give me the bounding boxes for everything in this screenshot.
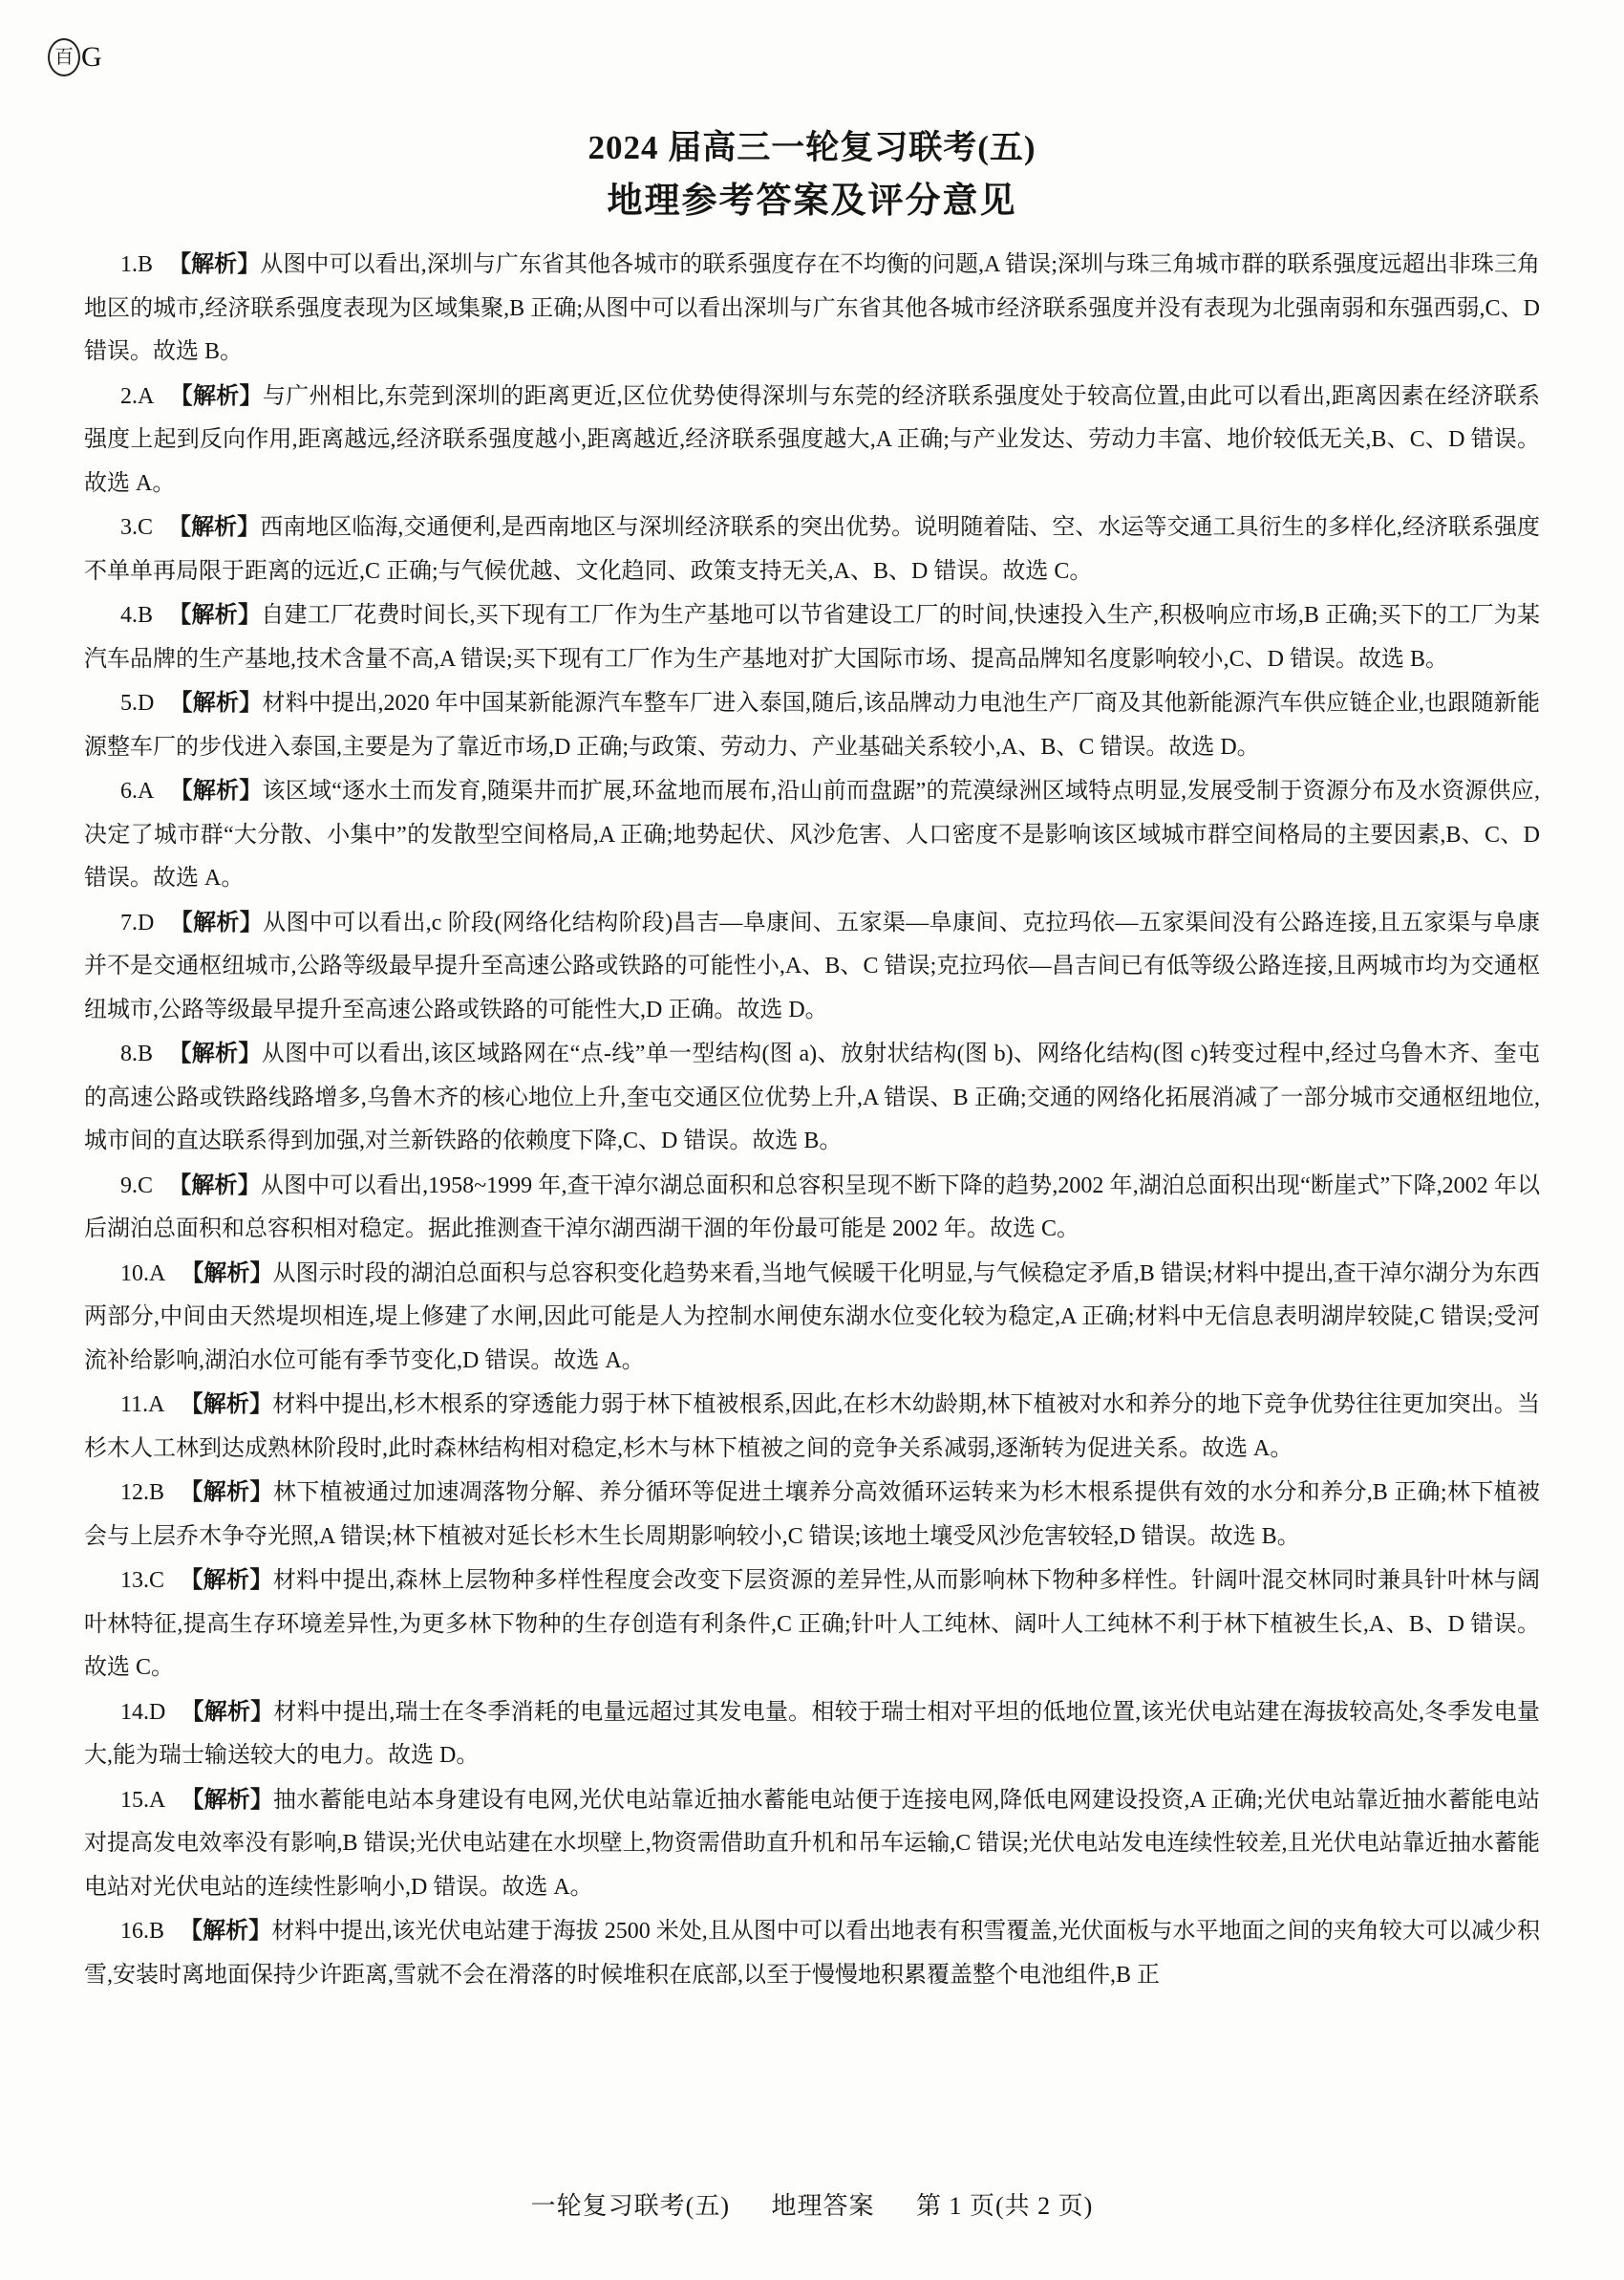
logo-circled-character: 百	[48, 38, 80, 76]
analysis-label: 【解析】	[180, 1391, 272, 1417]
analysis-label: 【解析】	[169, 778, 262, 804]
answer-item: 14.D【解析】材料中提出,瑞士在冬季消耗的电量远超过其发电量。相较于瑞士相对平…	[84, 1690, 1540, 1778]
analysis-label: 【解析】	[181, 1787, 273, 1813]
item-number-answer: 8.B	[120, 1042, 168, 1066]
item-number-answer: 15.A	[120, 1788, 181, 1813]
answer-item: 10.A【解析】从图示时段的湖泊总面积与总容积变化趋势来看,当地气候暖干化明显,…	[84, 1252, 1540, 1384]
analysis-label: 【解析】	[168, 1041, 262, 1066]
item-number-answer: 12.B	[120, 1480, 180, 1505]
item-explanation-text: 林下植被通过加速凋落物分解、养分循环等促进土壤养分高效循环运转来为杉木根系提供有…	[84, 1480, 1540, 1549]
answer-item: 3.C【解析】西南地区临海,交通便利,是西南地区与深圳经济联系的突出优势。说明随…	[84, 505, 1540, 593]
answer-item: 6.A【解析】该区域“逐水土而发育,随渠井而扩展,环盆地而展布,沿山前而盘踞”的…	[84, 769, 1540, 901]
answer-item: 12.B【解析】林下植被通过加速凋落物分解、养分循环等促进土壤养分高效循环运转来…	[84, 1471, 1540, 1559]
answer-item: 7.D【解析】从图中可以看出,c 阶段(网络化结构阶段)昌吉—阜康间、五家渠—阜…	[84, 901, 1540, 1033]
answer-sheet-title: 地理参考答案及评分意见	[84, 180, 1540, 222]
item-number-answer: 9.C	[120, 1173, 168, 1198]
item-explanation-text: 该区域“逐水土而发育,随渠井而扩展,环盆地而展布,沿山前而盘踞”的荒漠绿洲区域特…	[84, 779, 1540, 891]
item-explanation-text: 与广州相比,东莞到深圳的距离更近,区位优势使得深圳与东莞的经济联系强度处于较高位…	[84, 384, 1540, 496]
footer-subject: 地理答案	[771, 2192, 874, 2220]
answer-list: 1.B【解析】从图中可以看出,深圳与广东省其他各城市的联系强度存在不均衡的问题,…	[84, 243, 1540, 1997]
item-explanation-text: 抽水蓄能电站本身建设有电网,光伏电站靠近抽水蓄能电站便于连接电网,降低电网建设投…	[84, 1788, 1540, 1900]
analysis-label: 【解析】	[168, 514, 260, 540]
analysis-label: 【解析】	[169, 910, 263, 936]
item-explanation-text: 从图中可以看出,该区域路网在“点-线”单一型结构(图 a)、放射状结构(图 b)…	[84, 1042, 1540, 1153]
answer-item: 4.B【解析】自建工厂花费时间长,买下现有工厂作为生产基地可以节省建设工厂的时间…	[84, 593, 1540, 681]
analysis-label: 【解析】	[168, 1172, 261, 1198]
item-explanation-text: 西南地区临海,交通便利,是西南地区与深圳经济联系的突出优势。说明随着陆、空、水运…	[84, 515, 1540, 584]
publisher-logo: 百 G	[48, 38, 102, 76]
item-number-answer: 4.B	[120, 603, 168, 628]
item-explanation-text: 从图中可以看出,c 阶段(网络化结构阶段)昌吉—阜康间、五家渠—阜康间、克拉玛依…	[84, 911, 1540, 1022]
item-number-answer: 16.B	[120, 1919, 180, 1944]
analysis-label: 【解析】	[180, 1918, 271, 1944]
item-explanation-text: 材料中提出,森林上层物种多样性程度会改变下层资源的差异性,从而影响林下物种多样性…	[84, 1568, 1540, 1680]
page-footer: 一轮复习联考(五) 地理答案 第 1 页(共 2 页)	[0, 2186, 1624, 2222]
logo-letter: G	[81, 40, 102, 75]
analysis-label: 【解析】	[168, 602, 261, 628]
analysis-label: 【解析】	[180, 1567, 273, 1593]
item-number-answer: 5.D	[120, 691, 169, 716]
item-number-answer: 2.A	[120, 384, 169, 409]
analysis-label: 【解析】	[169, 690, 262, 716]
footer-exam-name: 一轮复习联考(五)	[531, 2192, 730, 2220]
item-explanation-text: 从图示时段的湖泊总面积与总容积变化趋势来看,当地气候暖干化明显,与气候稳定矛盾,…	[84, 1261, 1540, 1373]
answer-item: 9.C【解析】从图中可以看出,1958~1999 年,查干淖尔湖总面积和总容积呈…	[84, 1164, 1540, 1252]
item-explanation-text: 从图中可以看出,深圳与广东省其他各城市的联系强度存在不均衡的问题,A 错误;深圳…	[84, 252, 1540, 364]
answer-item: 5.D【解析】材料中提出,2020 年中国某新能源汽车整车厂进入泰国,随后,该品…	[84, 681, 1540, 769]
item-number-answer: 6.A	[120, 779, 169, 804]
item-number-answer: 7.D	[120, 911, 169, 936]
answer-item: 11.A【解析】材料中提出,杉木根系的穿透能力弱于林下植被根系,因此,在杉木幼龄…	[84, 1383, 1540, 1471]
analysis-label: 【解析】	[180, 1479, 273, 1505]
analysis-label: 【解析】	[181, 1260, 272, 1286]
item-explanation-text: 从图中可以看出,1958~1999 年,查干淖尔湖总面积和总容积呈现不断下降的趋…	[84, 1173, 1540, 1242]
item-number-answer: 3.C	[120, 515, 168, 540]
item-explanation-text: 自建工厂花费时间长,买下现有工厂作为生产基地可以节省建设工厂的时间,快速投入生产…	[84, 603, 1540, 672]
item-number-answer: 13.C	[120, 1568, 180, 1593]
answer-item: 2.A【解析】与广州相比,东莞到深圳的距离更近,区位优势使得深圳与东莞的经济联系…	[84, 375, 1540, 506]
document-header: 2024 届高三一轮复习联考(五) 地理参考答案及评分意见	[84, 0, 1540, 222]
item-number-answer: 1.B	[120, 252, 168, 277]
analysis-label: 【解析】	[181, 1699, 273, 1725]
analysis-label: 【解析】	[168, 251, 260, 277]
item-number-answer: 10.A	[120, 1261, 181, 1286]
answer-item: 16.B【解析】材料中提出,该光伏电站建于海拔 2500 米处,且从图中可以看出…	[84, 1909, 1540, 1997]
item-number-answer: 11.A	[120, 1392, 180, 1417]
item-explanation-text: 材料中提出,瑞士在冬季消耗的电量远超过其发电量。相较于瑞士相对平坦的低地位置,该…	[84, 1700, 1540, 1769]
answer-item: 8.B【解析】从图中可以看出,该区域路网在“点-线”单一型结构(图 a)、放射状…	[84, 1032, 1540, 1164]
item-explanation-text: 材料中提出,杉木根系的穿透能力弱于林下植被根系,因此,在杉木幼龄期,林下植被对水…	[84, 1392, 1540, 1461]
footer-page-number: 第 1 页(共 2 页)	[916, 2192, 1093, 2220]
item-number-answer: 14.D	[120, 1700, 181, 1725]
item-explanation-text: 材料中提出,该光伏电站建于海拔 2500 米处,且从图中可以看出地表有积雪覆盖,…	[84, 1919, 1540, 1988]
answer-item: 15.A【解析】抽水蓄能电站本身建设有电网,光伏电站靠近抽水蓄能电站便于连接电网…	[84, 1778, 1540, 1910]
answer-item: 13.C【解析】材料中提出,森林上层物种多样性程度会改变下层资源的差异性,从而影…	[84, 1559, 1540, 1690]
answer-item: 1.B【解析】从图中可以看出,深圳与广东省其他各城市的联系强度存在不均衡的问题,…	[84, 243, 1540, 375]
exam-title: 2024 届高三一轮复习联考(五)	[84, 128, 1540, 168]
analysis-label: 【解析】	[169, 383, 263, 409]
answer-key-page: 百 G 2024 届高三一轮复习联考(五) 地理参考答案及评分意见 1.B【解析…	[0, 0, 1624, 2280]
item-explanation-text: 材料中提出,2020 年中国某新能源汽车整车厂进入泰国,随后,该品牌动力电池生产…	[84, 691, 1540, 760]
